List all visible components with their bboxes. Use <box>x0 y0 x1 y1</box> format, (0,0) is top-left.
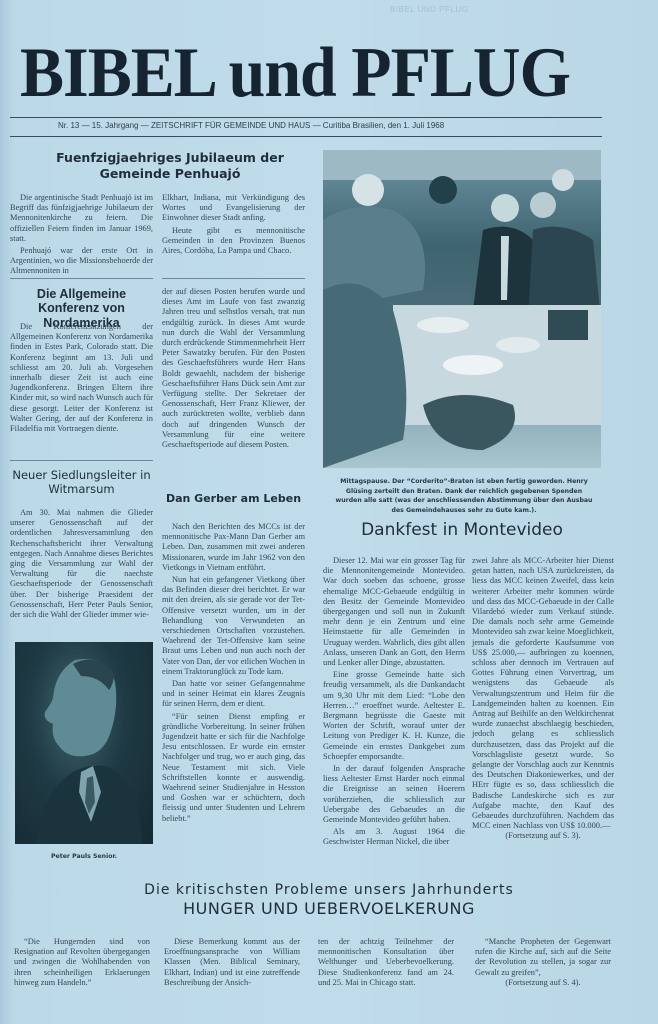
headline-gerber: Dan Gerber am Leben <box>162 492 305 506</box>
column-rule <box>162 278 305 279</box>
headline-dankfest: Dankfest in Montevideo <box>323 520 601 541</box>
article-hunger-col2: Diese Bemerkung kommt aus der Eroeffnung… <box>164 937 300 988</box>
banquet-scene-icon <box>323 150 601 468</box>
article-siedlungsleiter-col1: Am 30. Mai nahmen die Glieder unserer Ge… <box>10 508 153 620</box>
portrait-caption: Peter Pauls Senior. <box>15 852 153 862</box>
main-photo-caption: Mittagspause. Der “Corderito”-Braten ist… <box>335 477 593 515</box>
masthead-rule-top <box>10 117 602 118</box>
headline-line-1: Die kritischsten Probleme unsers Jahrhun… <box>0 881 658 899</box>
portrait-figure-icon <box>15 642 153 844</box>
headline-line-1: Fuenfzigjaehriges Jubilaeum der <box>20 150 320 166</box>
masthead-rule-bottom <box>10 136 602 137</box>
article-siedlungsleiter-col2: der auf diesen Posten berufen wurde und … <box>162 287 305 450</box>
headline-hunger: Die kritischsten Probleme unsers Jahrhun… <box>0 881 658 920</box>
article-hunger-col4: “Manche Propheten der Gegenwart rufen di… <box>475 937 611 988</box>
masthead-dateline: Nr. 13 — 15. Jahrgang — ZEITSCHRIFT FÜR … <box>58 121 578 130</box>
column-rule <box>10 460 153 461</box>
article-dankfest-col1: Dieser 12. Mai war ein grosser Tag für d… <box>323 556 465 848</box>
article-hunger-col3: ten der achtzig Teilnehmer der mennoniti… <box>318 937 454 988</box>
main-photo <box>323 150 601 468</box>
headline-siedlungsleiter: Neuer Siedlungsleiter in Witmarsum <box>10 468 153 497</box>
headline-line-2: HUNGER UND UEBERVOELKERUNG <box>0 899 658 920</box>
bleed-through-text: BIBEL UND PFLUG <box>390 5 468 14</box>
article-jubilaeum-col2: Elkhart, Indiana, mit Verkündigung des W… <box>162 193 305 256</box>
article-konferenz-body: Die Konferenzsitzungen der Allgemeinen K… <box>10 322 153 434</box>
article-hunger-col1: “Die Hungernden sind von Resignation auf… <box>14 937 150 988</box>
continued-note: (Fortsetzung auf S. 3). <box>472 831 614 841</box>
headline-line-2: Gemeinde Penhuajó <box>20 166 320 182</box>
newspaper-page: BIBEL UND PFLUG BIBEL und PFLUG Nr. 13 —… <box>0 0 658 1024</box>
article-gerber-body: Nach den Berichten des MCCs ist der menn… <box>162 522 305 824</box>
column-rule <box>10 278 153 279</box>
masthead-title: BIBEL und PFLUG <box>20 30 600 116</box>
portrait-photo <box>15 642 153 844</box>
article-jubilaeum-col1: Die argentinische Stadt Penhuajó ist im … <box>10 193 153 277</box>
headline-jubilaeum: Fuenfzigjaehriges Jubilaeum der Gemeinde… <box>20 150 320 181</box>
article-dankfest-col2: zwei Jahre als MCC-Arbeiter hier Dienst … <box>472 556 614 842</box>
continued-note: (Fortsetzung auf S. 4). <box>475 978 611 988</box>
